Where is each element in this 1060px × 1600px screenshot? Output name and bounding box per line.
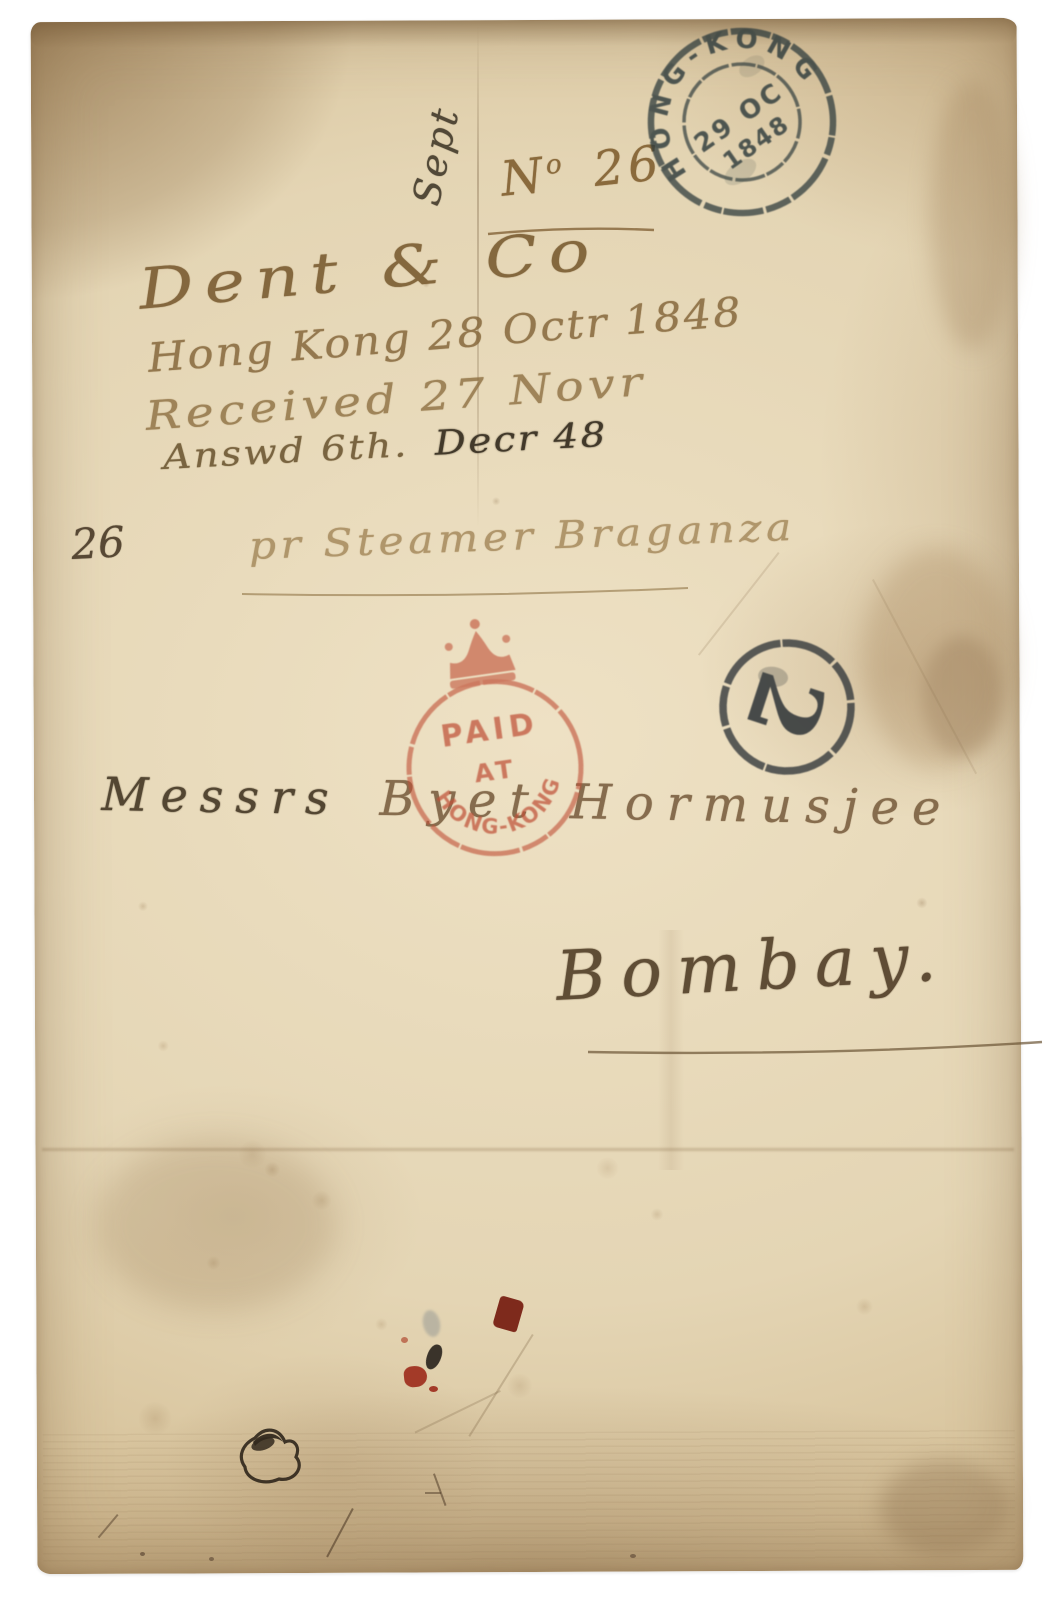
crack-2b xyxy=(425,1492,441,1494)
number-prefix: N xyxy=(498,147,550,208)
paid-stamp-line2: AT xyxy=(472,754,518,789)
stain-bottom-right-corner xyxy=(880,1460,1010,1555)
rating-stamp: 2 xyxy=(697,617,878,798)
addressee-prefix: Messrs xyxy=(101,767,341,825)
destination-underline xyxy=(586,1038,1046,1058)
number-superscript: o xyxy=(544,148,567,181)
paper-bottom-grain xyxy=(43,1430,1016,1566)
annotation-route-number: 26 xyxy=(70,517,126,569)
fleck-2 xyxy=(209,1557,214,1561)
fleck-3 xyxy=(630,1554,636,1558)
wax-fragment-red-dot-2 xyxy=(401,1337,408,1343)
stain-left-lower xyxy=(96,1140,336,1310)
ink-blotch xyxy=(233,1422,317,1496)
wax-fragment-red-dot xyxy=(429,1386,438,1392)
fleck-1 xyxy=(140,1552,145,1556)
crown-icon xyxy=(441,614,517,689)
scanned-letter-photo: Sept No 26 Dent & Co Hong Kong 28 Octr 1… xyxy=(0,0,1060,1600)
stain-upper-right-edge xyxy=(930,80,1015,350)
fold-line-horizontal xyxy=(42,1148,1014,1151)
paid-stamp-line1: PAID xyxy=(439,706,541,754)
paid-stamp: PAID AT HONG-KONG xyxy=(338,565,641,899)
rating-stamp-value: 2 xyxy=(724,659,846,753)
